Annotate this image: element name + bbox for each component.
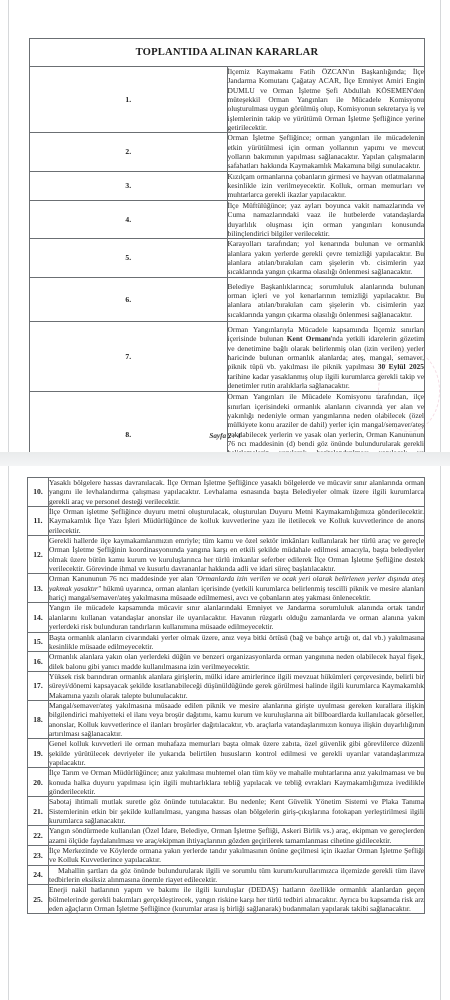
text-segment: Orman Kanununun 76 ncı maddesinde yer al… bbox=[49, 574, 196, 583]
kent-ormani-emphasis: Kent Ormanı bbox=[287, 334, 331, 343]
decision-row: 5.Karayolları tarafından; yol kenarında … bbox=[30, 239, 425, 277]
decision-number: 22. bbox=[28, 826, 49, 846]
decision-row: 23.İlçe Merkezinde ve Köylerde ormana ya… bbox=[28, 846, 425, 866]
decision-text: İlçe Müftülüğünce; yaz ayları boyunca va… bbox=[227, 200, 425, 238]
decision-number: 16. bbox=[28, 652, 49, 672]
decision-number: 20. bbox=[28, 768, 49, 797]
decision-number: 1. bbox=[30, 67, 228, 133]
decision-row: 13.Orman Kanununun 76 ncı maddesinde yer… bbox=[28, 574, 425, 603]
decision-number: 19. bbox=[28, 739, 49, 768]
document-page-1: TOPLANTIDA ALINAN KARARLAR 1.İlçemiz Kay… bbox=[0, 0, 450, 452]
decision-text: Başta ormanlık alanların civarındaki yer… bbox=[49, 632, 425, 652]
decision-text: Yüksek risk barındıran ormanlık alanlara… bbox=[49, 671, 425, 700]
decision-number: 25. bbox=[28, 885, 49, 914]
page-edge bbox=[8, 0, 9, 452]
decision-number: 15. bbox=[28, 632, 49, 652]
decision-number: 7. bbox=[30, 321, 228, 391]
decision-row: 12.Gerekli hallerde ilçe kaymakamlarımız… bbox=[28, 536, 425, 574]
decision-number: 6. bbox=[30, 277, 228, 321]
decision-number: 11. bbox=[28, 507, 49, 536]
decision-text: Sabotaj ihtimali mutlak suretle göz önün… bbox=[49, 797, 425, 826]
decision-text: Genel kolluk kuvvetleri ile orman muhafa… bbox=[49, 739, 425, 768]
decision-row: 15.Başta ormanlık alanların civarındaki … bbox=[28, 632, 425, 652]
decision-text: Kızılçam ormanlarına çobanların girmesi … bbox=[227, 171, 425, 200]
page-edge bbox=[440, 466, 441, 1000]
decision-row: 10.Yasaklı bölgelere hassas davranılacak… bbox=[28, 478, 425, 507]
official-stamp bbox=[378, 350, 440, 432]
decision-text: Orman İşletme Şefliğince; orman yangınla… bbox=[227, 133, 425, 171]
decision-row: 2.Orman İşletme Şefliğince; orman yangın… bbox=[30, 133, 425, 171]
decision-row: 19.Genel kolluk kuvvetleri ile orman muh… bbox=[28, 739, 425, 768]
page-number-footer: Sayfa 2 / 4 bbox=[0, 432, 450, 440]
decision-text: Yangın söndürmede kullanılan (Özel İdare… bbox=[49, 826, 425, 846]
decision-text: Gerekli hallerde ilçe kaymakamlarımızın … bbox=[49, 536, 425, 574]
text-segment: hükmü uyarınca, orman alanları içerisind… bbox=[49, 584, 424, 602]
decision-number: 21. bbox=[28, 797, 49, 826]
decision-text: Mangal/semaver/ateş yakılmasına müsaade … bbox=[49, 700, 425, 738]
decision-text: Belediye Başkanlıklarınca; sorumluluk al… bbox=[227, 277, 425, 321]
page-edge bbox=[8, 466, 9, 1000]
decision-row: 11.İlçe Orman işletme Şefliğince duyuru … bbox=[28, 507, 425, 536]
decision-number: 12. bbox=[28, 536, 49, 574]
decision-number: 13. bbox=[28, 574, 49, 603]
decision-text: Mahallin şartları da göz önünde bulundur… bbox=[49, 865, 425, 885]
decision-number: 18. bbox=[28, 700, 49, 738]
decision-row: 16.Ormanlık alanlara yakın olan yerlerde… bbox=[28, 652, 425, 672]
decision-row: 22.Yangın söndürmede kullanılan (Özel İd… bbox=[28, 826, 425, 846]
decision-text: Ormanlık alanlara yakın olan yerlerdeki … bbox=[49, 652, 425, 672]
decision-row: 18.Mangal/semaver/ateş yakılmasına müsaa… bbox=[28, 700, 425, 738]
decision-row: 4.İlçe Müftülüğünce; yaz ayları boyunca … bbox=[30, 200, 425, 238]
page-edge bbox=[440, 0, 441, 452]
decision-number: 3. bbox=[30, 171, 228, 200]
document-page-2: 10.Yasaklı bölgelere hassas davranılacak… bbox=[0, 466, 450, 1000]
decision-row: 6.Belediye Başkanlıklarınca; sorumluluk … bbox=[30, 277, 425, 321]
decision-text: Orman Kanununun 76 ncı maddesinde yer al… bbox=[49, 574, 425, 603]
decision-text: İlçe Merkezinde ve Köylerde ormana yakın… bbox=[49, 846, 425, 866]
decision-text: İlçe Tarım ve Orman Müdürlüğünce; anız y… bbox=[49, 768, 425, 797]
decisions-table-page-2: 10.Yasaklı bölgelere hassas davranılacak… bbox=[27, 477, 425, 914]
decision-number: 10. bbox=[28, 478, 49, 507]
decision-row: 25.Enerji nakil hatlarının yapım ve bakı… bbox=[28, 885, 425, 914]
decision-number: 23. bbox=[28, 846, 49, 866]
decision-number: 24. bbox=[28, 865, 49, 885]
decision-text: Enerji nakil hatlarının yapım ve bakımı … bbox=[49, 885, 425, 914]
decision-row: 3.Kızılçam ormanlarına çobanların girmes… bbox=[30, 171, 425, 200]
decision-row: 14.Yangın ile mücadele kapsamında mücavi… bbox=[28, 603, 425, 632]
decision-text: Karayolları tarafından; yol kenarında bu… bbox=[227, 239, 425, 277]
decision-row: 7.Orman Yangınlarıyla Mücadele kapsamınd… bbox=[30, 321, 425, 391]
decision-text: İlçe Orman işletme Şefliğince duyuru met… bbox=[49, 507, 425, 536]
decision-row: 1.İlçemiz Kaymakamı Fatih ÖZCAN'ın Başka… bbox=[30, 67, 425, 133]
decisions-table-page-1: TOPLANTIDA ALINAN KARARLAR 1.İlçemiz Kay… bbox=[29, 38, 425, 523]
decision-row: 20.İlçe Tarım ve Orman Müdürlüğünce; anı… bbox=[28, 768, 425, 797]
decision-text: Yangın ile mücadele kapsamında mücavir s… bbox=[49, 603, 425, 632]
decision-number: 4. bbox=[30, 200, 228, 238]
decision-number: 5. bbox=[30, 239, 228, 277]
decision-number: 14. bbox=[28, 603, 49, 632]
page-separator bbox=[0, 452, 450, 466]
table-title-row: TOPLANTIDA ALINAN KARARLAR bbox=[30, 39, 425, 67]
decision-number: 2. bbox=[30, 133, 228, 171]
decision-row: 24.Mahallin şartları da göz önünde bulun… bbox=[28, 865, 425, 885]
decision-text: Yasaklı bölgelere hassas davranılacak. İ… bbox=[49, 478, 425, 507]
decision-text: İlçemiz Kaymakamı Fatih ÖZCAN'ın Başkanl… bbox=[227, 67, 425, 133]
decision-number: 17. bbox=[28, 671, 49, 700]
document-title: TOPLANTIDA ALINAN KARARLAR bbox=[30, 39, 425, 67]
decision-row: 17.Yüksek risk barındıran ormanlık alanl… bbox=[28, 671, 425, 700]
decision-row: 21.Sabotaj ihtimali mutlak suretle göz ö… bbox=[28, 797, 425, 826]
